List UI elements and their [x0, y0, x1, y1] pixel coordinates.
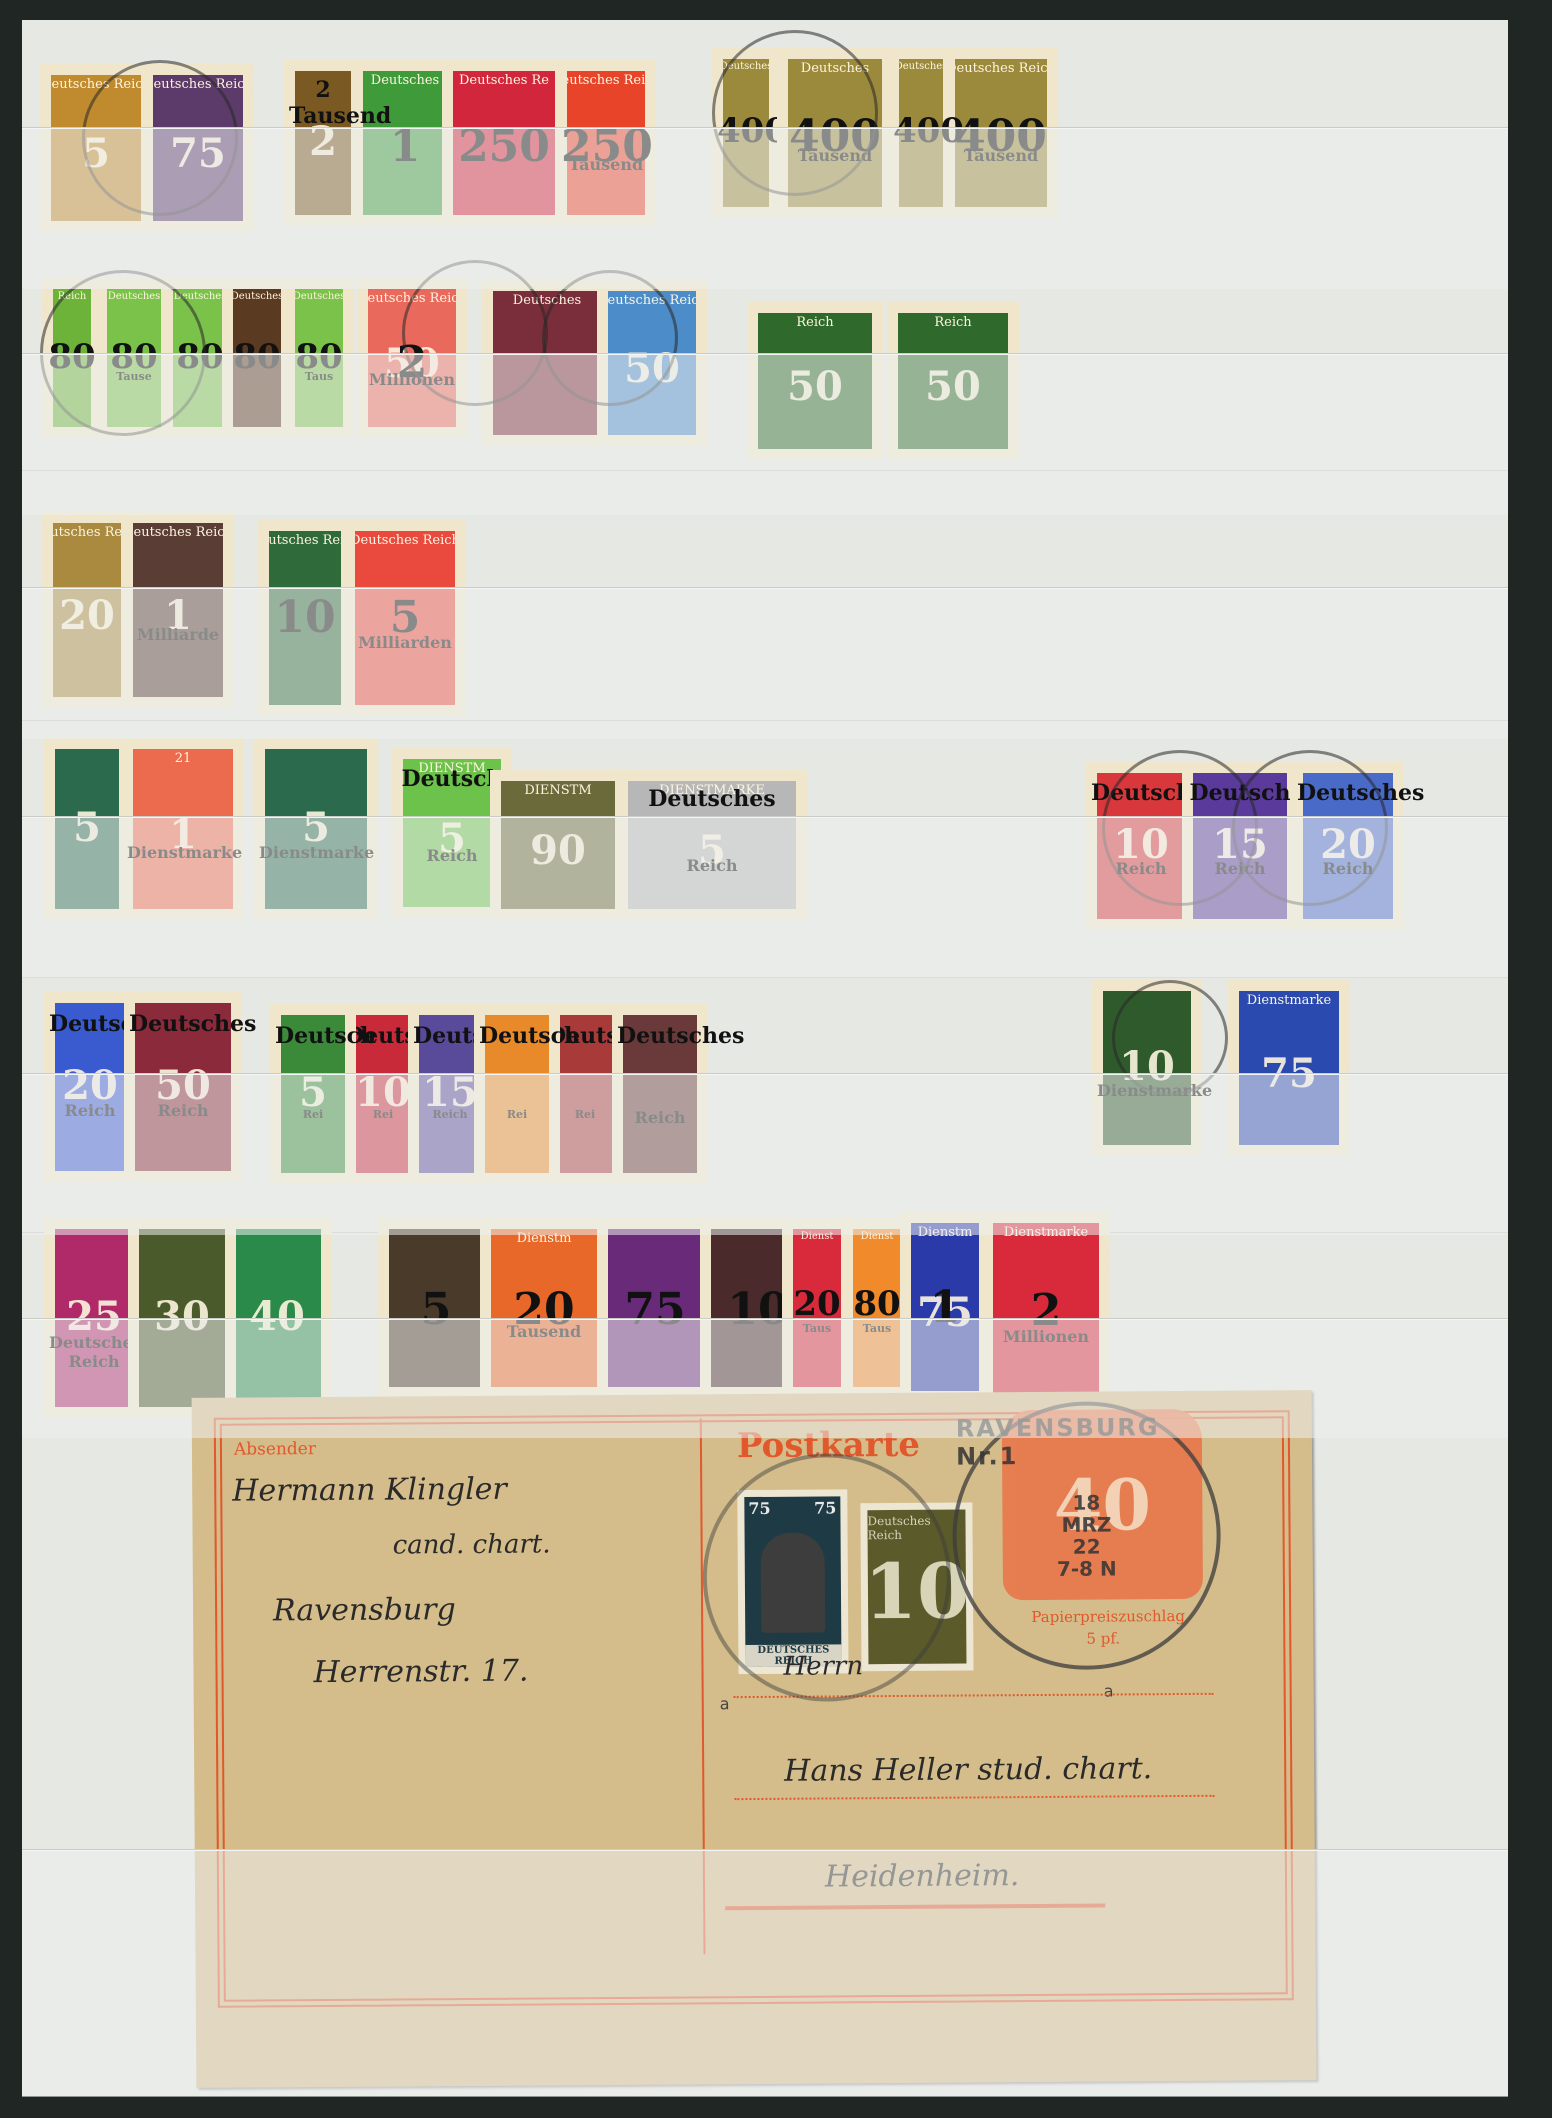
- overprint: 1: [905, 1282, 985, 1333]
- postcard[interactable]: Absender Hermann Klingler cand. chart. R…: [192, 1390, 1317, 2088]
- stamp-denomination: 5: [82, 130, 110, 177]
- stamp-denomination: 50: [624, 345, 680, 392]
- postmark-year: 22: [1073, 1536, 1101, 1558]
- stamp[interactable]: Deutsches Reich5Milliarden: [344, 520, 466, 716]
- overprint: Deutsch: [49, 1011, 131, 1037]
- overprint-subtext: Taus: [847, 1322, 907, 1335]
- stamp-inscription: Dienst: [801, 1231, 834, 1242]
- stamp[interactable]: Deutsches400: [888, 48, 954, 218]
- overprint-subtext: Reich: [1187, 859, 1293, 878]
- stamp-face: 30: [139, 1229, 225, 1407]
- overprint-subtext: Taus: [289, 370, 349, 383]
- stamp-inscription: Deutsches: [295, 291, 343, 302]
- stamp[interactable]: Deutsches Reich1Milliarde: [122, 512, 234, 708]
- stamp-inscription: Deutsches Reich: [567, 73, 645, 88]
- overprint-subtext: Reich: [129, 1101, 237, 1120]
- stamp-inscription: Deutsches: [899, 61, 943, 72]
- overprint-subtext: Millionen: [362, 370, 462, 389]
- postmark-cancel: RAVENSBURG Nr.1 18 MRZ 22 7-8 N: [952, 1401, 1222, 1671]
- stamp-inscription: Deutsches Reich: [153, 77, 243, 92]
- stamp-inscription: Deutsches Reich: [269, 533, 341, 548]
- overprint: 20: [787, 1284, 847, 1324]
- stamp[interactable]: 5: [44, 738, 130, 920]
- overprint: Deutsches: [622, 786, 802, 812]
- overprint-subtext: Rei: [275, 1108, 351, 1121]
- stamp[interactable]: Deutsches Reich502Millionen: [357, 278, 467, 438]
- stamp-face: Deutsches Reich20: [53, 523, 121, 697]
- stamp[interactable]: Dienstm751: [900, 1212, 990, 1402]
- stamp-face: Reich50: [898, 313, 1008, 449]
- overprint: 400: [717, 111, 775, 151]
- strip-ruling: [22, 720, 1508, 721]
- overprint: 250: [447, 121, 561, 172]
- stamp[interactable]: Reich50: [747, 302, 883, 460]
- overprint-subtext: Tausend: [485, 1322, 603, 1341]
- stamp-inscription: Reich: [934, 315, 971, 330]
- overprint-subtext: Reich: [49, 1101, 131, 1120]
- sender-street: Herrenstr. 17.: [313, 1654, 528, 1690]
- stamp-denomination: 75: [1261, 1050, 1317, 1097]
- stamp-inscription: Deutsches Reich: [608, 293, 696, 308]
- postmark-month: MRZ: [1062, 1513, 1112, 1535]
- stamp-face: 10: [1103, 991, 1191, 1145]
- stamp-face: 5: [55, 749, 119, 909]
- stamp-inscription: Dienstmarke: [1247, 993, 1331, 1008]
- stamp[interactable]: Deutsches: [482, 280, 612, 446]
- stamp[interactable]: DeutschRei: [474, 1004, 560, 1184]
- stamp-inscription: Deutsches: [174, 291, 227, 302]
- overprint-subtext: Tausend: [561, 155, 651, 174]
- stamp[interactable]: Deutsches80Taus: [284, 278, 354, 438]
- stamp-denomination: 50: [925, 363, 981, 410]
- overprint: 80: [847, 1284, 907, 1324]
- stamp-inscription: Dienstm: [517, 1231, 572, 1246]
- overprint: 10: [263, 592, 347, 643]
- stamp[interactable]: 5Dienstmarke: [254, 738, 378, 920]
- stamp[interactable]: Reich50: [887, 302, 1019, 460]
- overprint: 2 Tausend: [289, 77, 357, 129]
- overprint-subtext: Tausend: [949, 146, 1053, 165]
- stamp[interactable]: 20DeutschesReich: [1292, 762, 1404, 930]
- stamp-denomination: 5: [73, 804, 101, 851]
- stamp[interactable]: DIENSTM90: [490, 770, 626, 920]
- stamp-inscription: Deutsches: [801, 61, 869, 76]
- overprint-subtext: Reich: [622, 856, 802, 875]
- stamp-inscription: Deutsches Reich: [133, 525, 223, 540]
- stamp[interactable]: 30: [128, 1218, 236, 1418]
- stamp-face: Dienstmarke75: [1239, 991, 1339, 1145]
- line-marker: a: [1104, 1681, 1114, 1700]
- sender-label: Absender: [234, 1439, 316, 1460]
- stamp[interactable]: Deutsches Reich250Tausend: [556, 60, 656, 226]
- stamp[interactable]: Deutsches400: [712, 48, 780, 218]
- stamp-face: 25: [55, 1229, 133, 1407]
- stamp-face: 40: [233, 1229, 321, 1407]
- stamp-face: 211: [133, 749, 233, 909]
- stamp-denomination: 30: [154, 1293, 210, 1340]
- postmark-day: 18: [1072, 1492, 1100, 1514]
- stamp-inscription: Dienst: [861, 1231, 894, 1242]
- stamp-denomination: 50: [787, 363, 843, 410]
- overprint: 80: [47, 337, 97, 377]
- strip-ruling: [22, 977, 1508, 978]
- overprint: Deutsches: [129, 1011, 237, 1037]
- stamp-inscription: Dienstm: [918, 1225, 973, 1240]
- overprint: 5: [383, 1284, 489, 1335]
- overprint-subtext: Dienstmarke: [1097, 1081, 1197, 1100]
- stamp[interactable]: Reich80: [42, 278, 102, 438]
- stamp[interactable]: 50DeutschesReich: [124, 992, 242, 1182]
- stamp-face: DIENSTM90: [501, 781, 615, 909]
- overprint: Deutsch: [275, 1023, 351, 1049]
- overprint-subtext: Reich: [617, 1108, 703, 1127]
- overprint-subtext: Tause: [101, 370, 167, 383]
- stamp-inscription: Deutsches: [108, 291, 161, 302]
- stamp[interactable]: 22 Tausend: [284, 60, 362, 226]
- stamp-face: Deutsches Reich75: [153, 75, 243, 221]
- stamp-face: 5: [265, 749, 367, 909]
- stamp-face: Deutsches Reich5: [51, 75, 141, 221]
- stamp-face: Deutsches Reich1: [133, 523, 223, 697]
- stamp-face: Reich50: [758, 313, 872, 449]
- recipient-name: Hans Heller stud. chart.: [784, 1751, 1152, 1789]
- overprint-subtext: Deutsches Reich: [49, 1333, 139, 1371]
- sender-city: Ravensburg: [273, 1592, 456, 1628]
- stamp-inscription: Deutsches: [723, 61, 769, 72]
- overprint-subtext: Reich: [1091, 859, 1191, 878]
- overprint: 400: [893, 111, 949, 151]
- overprint: 80: [227, 337, 287, 377]
- stamp-inscription: Deutsches: [233, 291, 281, 302]
- recipient-city: Heidenheim.: [825, 1858, 1020, 1894]
- stamp-inscription: 21: [175, 751, 192, 766]
- stamp[interactable]: Deutsches Reich5: [40, 64, 152, 232]
- stamp[interactable]: DeutschesReich: [612, 1004, 708, 1184]
- overprint: Deutsches: [1297, 780, 1399, 806]
- strip-ruling: [22, 470, 1508, 471]
- stamp-denomination: 75: [170, 130, 226, 177]
- stamp[interactable]: Dienstm20Tausend: [480, 1218, 608, 1398]
- stamp[interactable]: 20DeutschReich: [44, 992, 136, 1182]
- overprint: Deutsch: [479, 1023, 555, 1049]
- postmark-time: 7-8 N: [1057, 1557, 1117, 1579]
- stamp[interactable]: 5DeutschRei: [270, 1004, 356, 1184]
- overprint-subtext: Tausend: [782, 146, 888, 165]
- stamp[interactable]: 75: [597, 1218, 713, 1398]
- overprint-subtext: Taus: [787, 1322, 847, 1335]
- stamp[interactable]: 10DeutschReich: [1086, 762, 1196, 930]
- stamp[interactable]: Deutsches Reich10: [258, 520, 352, 716]
- stamp[interactable]: Deutsches80Tause: [96, 278, 172, 438]
- stamp-inscription: Deutsches: [513, 293, 581, 308]
- stamp-denomination: 20: [59, 592, 115, 639]
- stamp-inscription: Deutsches: [371, 73, 439, 88]
- stockbook-page: Deutsches Reich5Deutsches Reich7522 Taus…: [22, 20, 1508, 2096]
- stamp[interactable]: Deutsches Reich75: [142, 64, 254, 232]
- stamp[interactable]: Deutsches Reich20: [42, 512, 132, 708]
- stamp[interactable]: Dienst20Taus: [782, 1218, 852, 1398]
- stamp[interactable]: 5: [378, 1218, 494, 1398]
- stamp-inscription: Deutsches Reich: [53, 525, 121, 540]
- postmark-town: RAVENSBURG Nr.1: [956, 1413, 1216, 1471]
- stamp[interactable]: 10Dienstmarke: [1092, 980, 1202, 1156]
- line-marker: a: [720, 1694, 730, 1713]
- stamp[interactable]: 211Dienstmarke: [122, 738, 244, 920]
- overprint-subtext: Dienstmarke: [127, 843, 239, 862]
- stamp-face: Deutsches Reich50: [608, 291, 696, 435]
- stamp-inscription: Reich: [58, 291, 87, 302]
- stamp-denomination: 40: [249, 1293, 305, 1340]
- overprint: Deutsches: [617, 1023, 703, 1049]
- stamp[interactable]: Deutsches400Tausend: [777, 48, 893, 218]
- stamp[interactable]: Deutsches Reich50: [597, 280, 707, 446]
- overprint-subtext: Milliarden: [349, 633, 461, 652]
- stamp[interactable]: Deutsches80: [222, 278, 292, 438]
- stamp[interactable]: Dienstmarke2Millionen: [982, 1212, 1110, 1412]
- stamp-face: Deutsches: [493, 291, 601, 435]
- stamp[interactable]: 40: [222, 1218, 332, 1418]
- stamp-inscription: Deutsches Reich: [355, 533, 455, 548]
- overprint-subtext: Dienstmarke: [259, 843, 373, 862]
- overprint: Deutsch: [1187, 780, 1293, 806]
- stamp[interactable]: Deutsches Re250: [442, 60, 566, 226]
- stamp[interactable]: 15DeutschReich: [1182, 762, 1298, 930]
- stamp-inscription: Dienstmarke: [1004, 1225, 1088, 1240]
- overprint-subtext: Reich: [1297, 859, 1399, 878]
- stamp-inscription: Deutsches Reich: [955, 61, 1047, 76]
- pocket-strip: [22, 588, 1508, 739]
- stamp-inscription: Reich: [796, 315, 833, 330]
- stamp[interactable]: Dienstmarke75: [1228, 980, 1350, 1156]
- postmark-cancel-secondary: [702, 1453, 952, 1703]
- sender-name: Hermann Klingler: [232, 1472, 507, 1509]
- overprint-subtext: Millionen: [987, 1327, 1105, 1346]
- stamp-inscription: DIENSTM: [524, 783, 591, 798]
- stamp-inscription: Deutsches Reich: [368, 291, 456, 306]
- overprint: 75: [602, 1284, 708, 1335]
- stamp-denomination: 90: [530, 827, 586, 874]
- overprint: Deutsch: [1091, 780, 1191, 806]
- stamp-inscription: Deutsches Reich: [51, 77, 141, 92]
- overprint-subtext: Milliarde: [127, 625, 229, 644]
- sender-title: cand. chart.: [393, 1529, 551, 1560]
- stamp[interactable]: DIENSTMARKE5DeutschesReich: [617, 770, 807, 920]
- overprint-subtext: Rei: [479, 1108, 555, 1121]
- stamp-inscription: Deutsches Re: [459, 73, 549, 88]
